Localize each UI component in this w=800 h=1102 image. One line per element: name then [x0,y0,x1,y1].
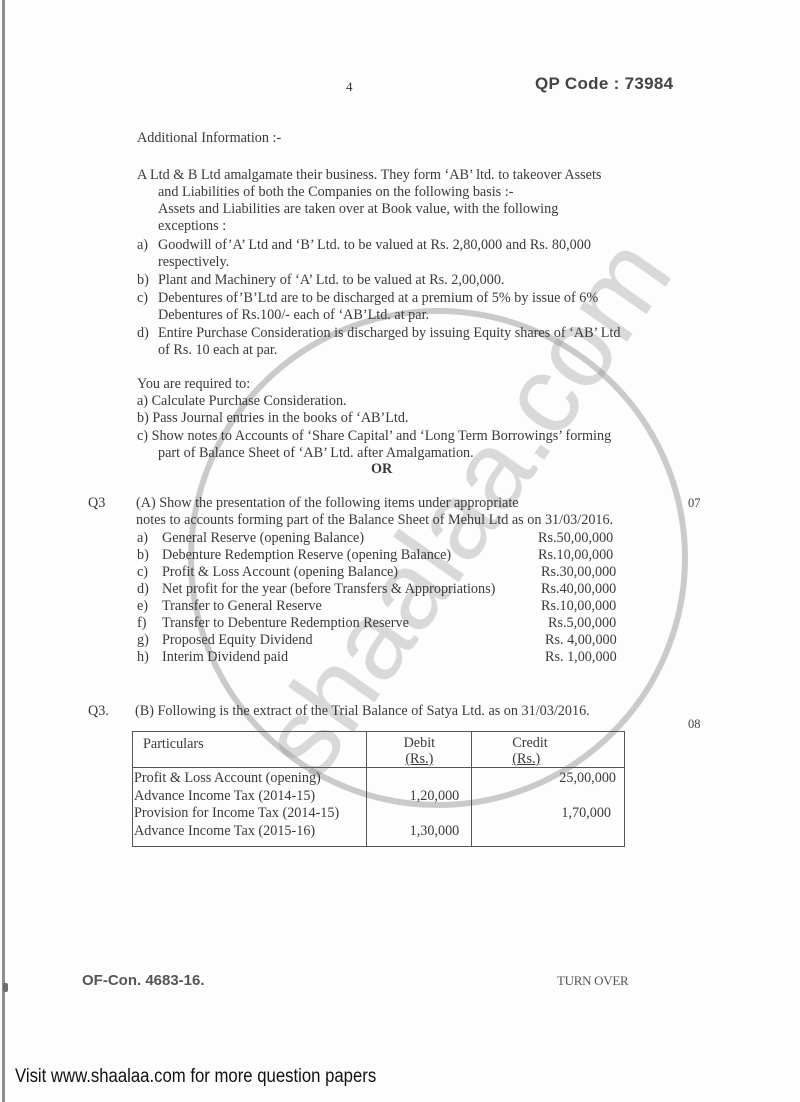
visit-site-banner[interactable]: Visit www.shaalaa.com for more question … [15,1066,376,1088]
item-text: Interim Dividend paid [162,649,288,666]
item-text: Proposed Equity Dividend [162,632,313,649]
item-label: g) [137,632,149,649]
table-header-row: Particulars Debit (Rs.) Credit (Rs.) [133,732,625,768]
intro-line: Assets and Liabilities are taken over at… [158,201,558,218]
question-text: (A) Show the presentation of the followi… [136,495,519,512]
table-cell: Advance Income Tax (2015-16) [133,823,366,841]
exception-text: Debentures of Rs.100/- each of ‘AB’Ltd. … [158,307,429,324]
header-particulars: Particulars [133,732,367,768]
page-edge-line [2,0,5,1102]
question-number: Q3 [88,495,105,512]
item-amount: Rs.5,00,000 [548,615,616,632]
item-text: Net profit for the year (before Transfer… [162,581,495,598]
required-item: b) Pass Journal entries in the books of … [137,410,409,427]
item-text: Transfer to General Reserve [162,598,322,615]
page-number: 4 [346,79,353,95]
required-item: a) Calculate Purchase Consideration. [137,393,347,410]
item-amount: Rs.40,00,000 [541,581,616,598]
exception-label: d) [137,325,149,342]
item-label: e) [137,598,148,615]
footer-con-code: OF-Con. 4683-16. [82,972,205,989]
required-item: part of Balance Sheet of ‘AB’ Ltd. after… [158,445,474,462]
exception-label: a) [137,237,148,254]
table-cell: Profit & Loss Account (opening) [133,770,366,788]
item-amount: Rs.10,00,000 [538,547,613,564]
header-credit: Credit (Rs.) [472,732,625,768]
exception-label: b) [137,272,149,289]
credit-column: 25,00,000 1,70,000 [472,768,625,847]
exception-text: Debentures of’B’Ltd are to be discharged… [158,290,598,307]
trial-balance-table: Particulars Debit (Rs.) Credit (Rs.) Pro… [132,731,625,847]
turn-over-label: TURN OVER [557,973,628,989]
additional-info-heading: Additional Information :- [137,130,281,147]
question-number: Q3. [88,703,109,720]
qp-code: QP Code : 73984 [535,74,673,94]
required-item: c) Show notes to Accounts of ‘Share Capi… [137,428,611,445]
exception-label: c) [137,290,148,307]
particulars-column: Profit & Loss Account (opening) Advance … [133,768,367,847]
table-body-row: Profit & Loss Account (opening) Advance … [133,768,625,847]
or-separator: OR [371,461,392,478]
question-text: (B) Following is the extract of the Tria… [135,703,590,720]
exception-text: respectively. [158,254,229,271]
item-label: c) [137,564,148,581]
item-label: b) [137,547,149,564]
required-heading: You are required to: [137,376,250,393]
question-text: notes to accounts forming part of the Ba… [136,512,613,529]
item-text: Debenture Redemption Reserve (opening Ba… [162,547,451,564]
intro-line: exceptions : [158,218,226,235]
item-label: f) [137,615,146,632]
table-cell: 25,00,000 [472,770,624,788]
item-label: d) [137,581,149,598]
item-text: Profit & Loss Account (opening Balance) [162,564,398,581]
item-amount: Rs.30,00,000 [541,564,616,581]
table-cell: Provision for Income Tax (2014-15) [133,805,366,823]
exception-text: Goodwill of’A’ Ltd and ‘B’ Ltd. to be va… [158,237,591,254]
exception-text: Plant and Machinery of ‘A’ Ltd. to be va… [158,272,504,289]
question-marks: 08 [688,717,701,732]
table-cell: 1,30,000 [367,823,471,841]
table-cell [472,788,624,806]
item-label: h) [137,649,149,666]
item-text: Transfer to Debenture Redemption Reserve [162,615,409,632]
table-cell: 1,70,000 [472,805,624,823]
page-edge-mark [3,983,8,992]
item-amount: Rs. 1,00,000 [545,649,617,666]
intro-line: and Liabilities of both the Companies on… [158,184,513,201]
table-cell: 1,20,000 [367,788,471,806]
exception-text: Entire Purchase Consideration is dischar… [158,325,620,342]
table-cell: Advance Income Tax (2014-15) [133,788,366,806]
debit-column: 1,20,000 1,30,000 [367,768,472,847]
table-cell [367,770,471,788]
table-cell [367,805,471,823]
question-marks: 07 [688,496,701,511]
exception-text: of Rs. 10 each at par. [158,342,277,359]
table-cell [472,823,624,841]
item-text: General Reserve (opening Balance) [162,530,364,547]
item-amount: Rs. 4,00,000 [545,632,617,649]
header-debit: Debit (Rs.) [367,732,472,768]
item-label: a) [137,530,148,547]
item-amount: Rs.50,00,000 [538,530,613,547]
intro-line: A Ltd & B Ltd amalgamate their business.… [137,167,601,184]
item-amount: Rs.10,00,000 [541,598,616,615]
